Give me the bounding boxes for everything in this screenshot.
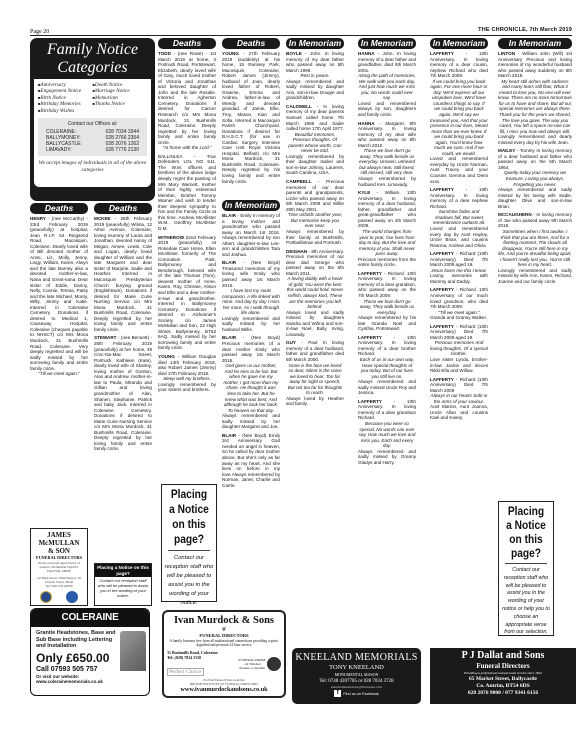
notice-witherow: WITHEROW 22nd February 2019 (peacefully)… bbox=[158, 235, 216, 351]
deaths-header: Deaths bbox=[158, 38, 216, 49]
placing-title: Placing a Notice on this page? bbox=[505, 504, 548, 560]
mcmullan-ad: JAMES McMULLAN & SON FUNERAL DIRECTORS U… bbox=[30, 528, 88, 606]
kneeland-memorials-ad: KNEELAND MEMORIALS TONY KNEELAND MONUMEN… bbox=[292, 648, 421, 704]
in-memoriam-header: In Memoriam bbox=[358, 38, 416, 49]
notice-mailey: MAILEY - Tommy In loving memory of a dea… bbox=[498, 148, 572, 209]
in-memoriam-header: In Memoriam bbox=[222, 200, 280, 211]
notice-lafferty-6: LAFFERTY - Richard (10th Anniversary) Di… bbox=[430, 251, 488, 284]
coleraine-line: Granite Headstones, Base and Sub Base in… bbox=[36, 630, 122, 650]
notice-caldwell: CALDWELL - In loving memory of my dear p… bbox=[286, 104, 344, 176]
coleraine-title: COLERAINE MEMORIALS bbox=[31, 609, 149, 627]
category-list: Anniversary Death Notice Engagement Noti… bbox=[38, 82, 147, 114]
notice-lafferty-9: LAFFERTY - Richard (10th Anniversary) Di… bbox=[430, 377, 488, 421]
notice-todd: TODD - (nee Rowe) - 1st March 2019 at ho… bbox=[158, 51, 216, 151]
deaths-header: Deaths bbox=[94, 203, 152, 214]
coleraine-memorials-ad: COLERAINE MEMORIALS Granite Headstones, … bbox=[30, 608, 150, 696]
in-memoriam-header: In Memoriam bbox=[498, 38, 572, 49]
deaths-header: Deaths bbox=[222, 38, 280, 49]
ivan-murdock-ad: Ivan Murdock & Sons ❦ FUNERAL DIRECTORS … bbox=[162, 610, 286, 698]
categories-title-2: Categories bbox=[33, 59, 152, 77]
dallat-name: P J Dallat and Sons bbox=[430, 650, 576, 662]
notice-kyle: KYLE - William. 10th Anniversary. In lov… bbox=[358, 190, 416, 268]
notice-campbell: CAMPBELL - Precious memories of our dear… bbox=[286, 179, 344, 246]
notice-lafferty-8: LAFFERTY - Richard (10th Anniversary) Di… bbox=[430, 324, 488, 374]
notice-lafferty-5: LAFFERTY - 10th Anniversary. In loving m… bbox=[430, 187, 488, 248]
notice-henry: HENRY - (nee McCarthy) - 23rd February 2… bbox=[30, 216, 88, 377]
dallat-ad: P J Dallat and Sons Funeral Directors Pr… bbox=[430, 648, 576, 704]
murdock-tagline: A family business free from all multinat… bbox=[167, 639, 281, 648]
coleraine-website[interactable]: www.colerainememorials.co.uk bbox=[36, 679, 144, 684]
notice-hanna-2: HANNA - Margaret. 9th Anniversary. In lo… bbox=[358, 121, 416, 188]
accept-note: We accept images of individuals in all o… bbox=[38, 160, 147, 174]
office-phone: 028 7776 2130 bbox=[106, 147, 139, 153]
saif-logo-icon bbox=[66, 591, 78, 603]
categories-title-1: Family Notice bbox=[33, 41, 152, 59]
in-memoriam-header: In Memoriam bbox=[430, 38, 488, 49]
memoriam-column-7: LAFFERTY - 10th Anniversary. In loving m… bbox=[430, 51, 488, 646]
dallat-role: Funeral Directors bbox=[430, 662, 576, 671]
placing-notice-small: Placing a Notice on this page? Contact o… bbox=[94, 563, 152, 606]
deaths-column-2: MCKEE - 28th February 2019 (peacefully) … bbox=[94, 216, 152, 601]
notice-mckee: MCKEE - 28th February 2019 (peacefully) … bbox=[94, 216, 152, 332]
contact-offices: Contact our Offices at: COLERAINE:028 70… bbox=[38, 118, 147, 156]
notice-boyle: BOYLE - John. In loving memory of my dea… bbox=[286, 51, 344, 101]
contact-title: Contact our Offices at: bbox=[46, 121, 139, 127]
kneeland-person: TONY KNEELAND bbox=[292, 664, 421, 672]
notice-lafferty-3: LAFFERTY - 10th Anniversary. In loving m… bbox=[358, 399, 416, 466]
notice-lafferty-2: LAFFERTY - 10th Anniversary. In loving m… bbox=[358, 335, 416, 396]
placing-body: Contact our reception staff who will be … bbox=[501, 567, 551, 637]
facebook-icon[interactable]: f bbox=[334, 690, 341, 697]
perfect-choice-logo: Perfect Choice bbox=[167, 668, 204, 676]
placing-notice-medium: Placing a Notice on this page? Contact o… bbox=[161, 484, 217, 602]
mcmullan-name: JAMES McMULLAN bbox=[33, 531, 85, 547]
memoriam-column-5: BOYLE - John. In loving memory of my dea… bbox=[286, 51, 344, 646]
memoriam-column-8: LINTON - William John (Will) 1st Anniver… bbox=[498, 51, 572, 499]
notice-young-2: YOUNG - 27th February 2019 (suddenly) at… bbox=[222, 51, 280, 184]
placing-body: Contact our reception staff who will be … bbox=[95, 577, 151, 599]
murdock-home: FUNERAL HOME - 2a Windsor Avenue, Colera… bbox=[238, 658, 266, 670]
mcmullan-address: 22 High Street, Ballymoney 18 Church Str… bbox=[33, 576, 85, 584]
header-rule bbox=[30, 35, 572, 36]
kneeland-name: KNEELAND MEMORIALS bbox=[292, 651, 421, 664]
placing-title: Placing a Notice on this page? bbox=[95, 564, 151, 577]
placing-title: Placing a Notice on this page? bbox=[168, 487, 211, 547]
murdock-tel: Tel: (028) 7034 3150 bbox=[167, 655, 237, 660]
category-item: Birthday Wishes bbox=[38, 108, 93, 114]
deaths-column-1: HENRY - (nee McCarthy) - 23rd February 2… bbox=[30, 216, 88, 466]
memoriam-column-6: HANNA - John. In loving memory of a dear… bbox=[358, 51, 416, 646]
notice-lafferty-7: LAFFERTY - Richard. 10th Anniversary of … bbox=[430, 287, 488, 320]
facebook-label: Find us on Facebook bbox=[343, 692, 378, 696]
notice-linton: LINTON - William John (Will) 1st Anniver… bbox=[498, 51, 572, 145]
notice-blair-1: BLAIR - Emily In memory of a loving moth… bbox=[222, 213, 280, 257]
memoriam-column-4: BLAIR - Emily In memory of a loving moth… bbox=[222, 213, 280, 605]
notice-stewart: STEWART - (nee Bennett) - 25th February … bbox=[94, 335, 152, 451]
placing-notice-large: Placing a Notice on this page? Contact o… bbox=[498, 501, 554, 636]
kneeland-tel: Tel: 0748 4207785 or 028 7034 3728 bbox=[292, 678, 421, 685]
notice-young-1: YOUNG - William Douglas died 14th Februa… bbox=[158, 354, 216, 393]
mcmullan-supervision: Under personal supervision of Andrew McM… bbox=[33, 561, 85, 574]
nafd-logo-icon bbox=[40, 591, 52, 603]
headstone-image bbox=[120, 631, 146, 671]
notice-blair-3: BLAIR - (Nee Boyd) Precious memories of … bbox=[222, 335, 280, 429]
deaths-column-4: YOUNG - 27th February 2019 (suddenly) at… bbox=[222, 51, 280, 196]
mcmullan-son: & SON bbox=[33, 547, 85, 555]
notice-mccaughern: MCCAUGHERN - In loving memory of Joe who… bbox=[498, 212, 572, 284]
murdock-name: Ivan Murdock & Sons bbox=[167, 614, 281, 627]
dallat-phones: 028 2076 9000 / 077 9341 6156 bbox=[430, 689, 576, 697]
notice-guy: GUY - Paul In loving memory of a dear hu… bbox=[286, 340, 344, 407]
notice-ballinlea: BALLINLEA - True Defenders LOL NO 511. T… bbox=[158, 154, 216, 232]
categories-box: Family Notice Categories Anniversary Dea… bbox=[30, 38, 155, 201]
in-memoriam-header: In Memoriam bbox=[286, 38, 344, 49]
placing-body: Contact our reception staff who will be … bbox=[164, 554, 214, 608]
office-row: LIMAVADY:028 7776 2130 bbox=[46, 147, 139, 153]
notice-lafferty-1: LAFFERTY - Richard. 10th Anniversary. In… bbox=[358, 271, 416, 332]
deaths-column-3: TODD - (nee Rowe) - 1st March 2019 at ho… bbox=[158, 51, 216, 541]
notice-blair-2: BLAIR - (Nee Boyd) Treasured memories of… bbox=[222, 260, 280, 332]
category-item: Thanks Notice bbox=[93, 101, 148, 107]
mcmullan-tel: Tel: 028 276 62080 bbox=[33, 584, 85, 588]
deaths-header: Deaths bbox=[30, 203, 88, 214]
office-name: LIMAVADY: bbox=[46, 147, 72, 153]
notice-blair-4: BLAIR - (Nee Boyd) Emily 3rd Anniversary… bbox=[222, 433, 280, 488]
masthead: THE CHRONICLE, 7th March 2019 bbox=[478, 27, 572, 33]
bifd-crest-icon bbox=[267, 657, 281, 671]
notice-lafferty-4: LAFFERTY - 10th Anniversary. In loving m… bbox=[430, 51, 488, 184]
notice-deighan: DEIGHAN - 8th Anniversary. Precious memo… bbox=[286, 249, 344, 338]
murdock-website[interactable]: www.ivanmurdockandsons.co.uk bbox=[167, 686, 281, 694]
notice-hanna-1: HANNA - John. In loving memory of a dear… bbox=[358, 51, 416, 118]
